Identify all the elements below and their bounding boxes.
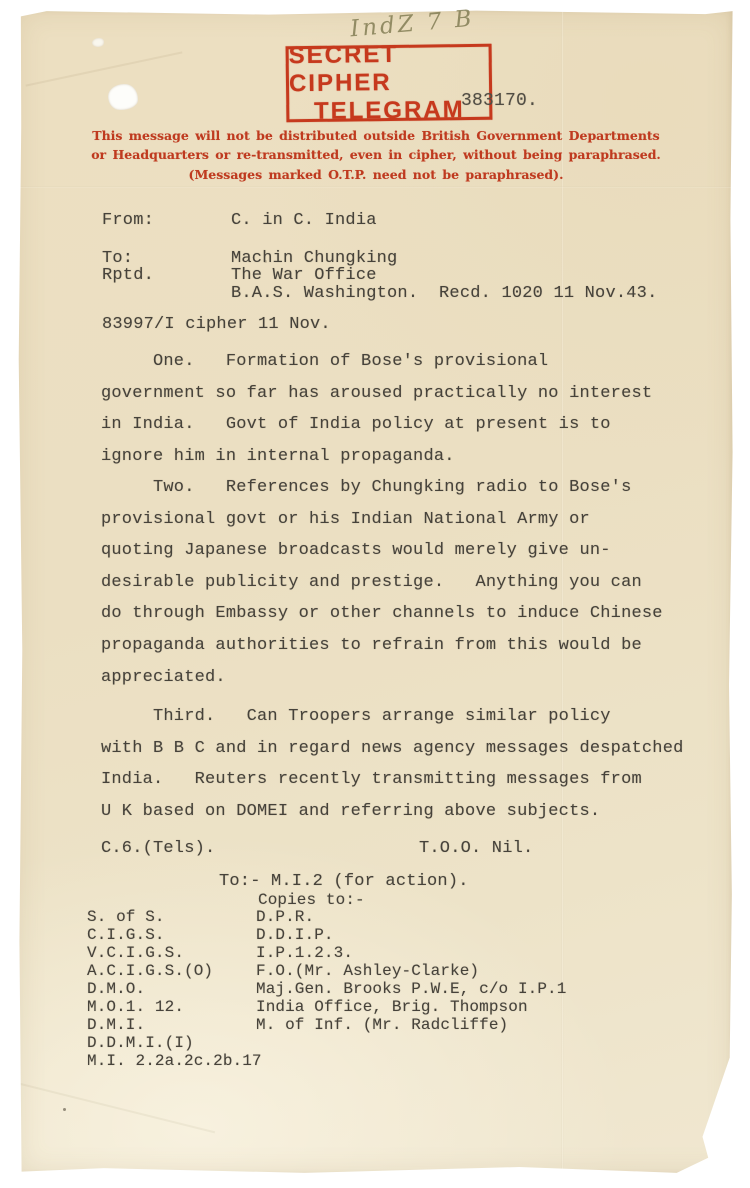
paragraph-two: Two. References by Chungking radio to Bo… xyxy=(101,472,663,693)
signoff-originator: C.6.(Tels). xyxy=(101,839,215,858)
stamp-line-1: SECRET CIPHER xyxy=(288,40,489,98)
rptd-value-war-office: The War Office xyxy=(231,266,377,285)
from-value: C. in C. India xyxy=(231,211,377,230)
rptd-label: Rptd. xyxy=(102,266,154,285)
paragraph-one: One. Formation of Bose's provisional gov… xyxy=(101,346,652,472)
distribution-right-column: D.P.R. D.D.I.P. I.P.1.2.3. F.O.(Mr. Ashl… xyxy=(256,908,566,1034)
serial-number: 383170. xyxy=(461,91,538,111)
action-addressee: To:- M.I.2 (for action). xyxy=(219,872,469,891)
paragraph-three: Third. Can Troopers arrange similar poli… xyxy=(101,701,684,827)
rptd-value-washington: B.A.S. Washington. Recd. 1020 11 Nov.43. xyxy=(231,284,657,303)
cipher-reference: 83997/I cipher 11 Nov. xyxy=(102,315,331,334)
scanned-telegram-page: { "annotations": { "handwritten_note": "… xyxy=(0,0,750,1188)
handwritten-annotation: IndZ 7 B xyxy=(349,6,476,43)
from-label: From: xyxy=(102,211,154,230)
distribution-warning: This message will not be distributed out… xyxy=(60,126,692,184)
document-content: IndZ 7 B SECRET CIPHER TELEGRAM 383170. … xyxy=(0,0,750,1188)
stamp-line-2: TELEGRAM xyxy=(314,96,465,126)
distribution-left-column: S. of S. C.I.G.S. V.C.I.G.S. A.C.I.G.S.(… xyxy=(87,908,262,1070)
signoff-too: T.O.O. Nil. xyxy=(419,839,533,858)
copies-label: Copies to:- xyxy=(258,891,365,909)
